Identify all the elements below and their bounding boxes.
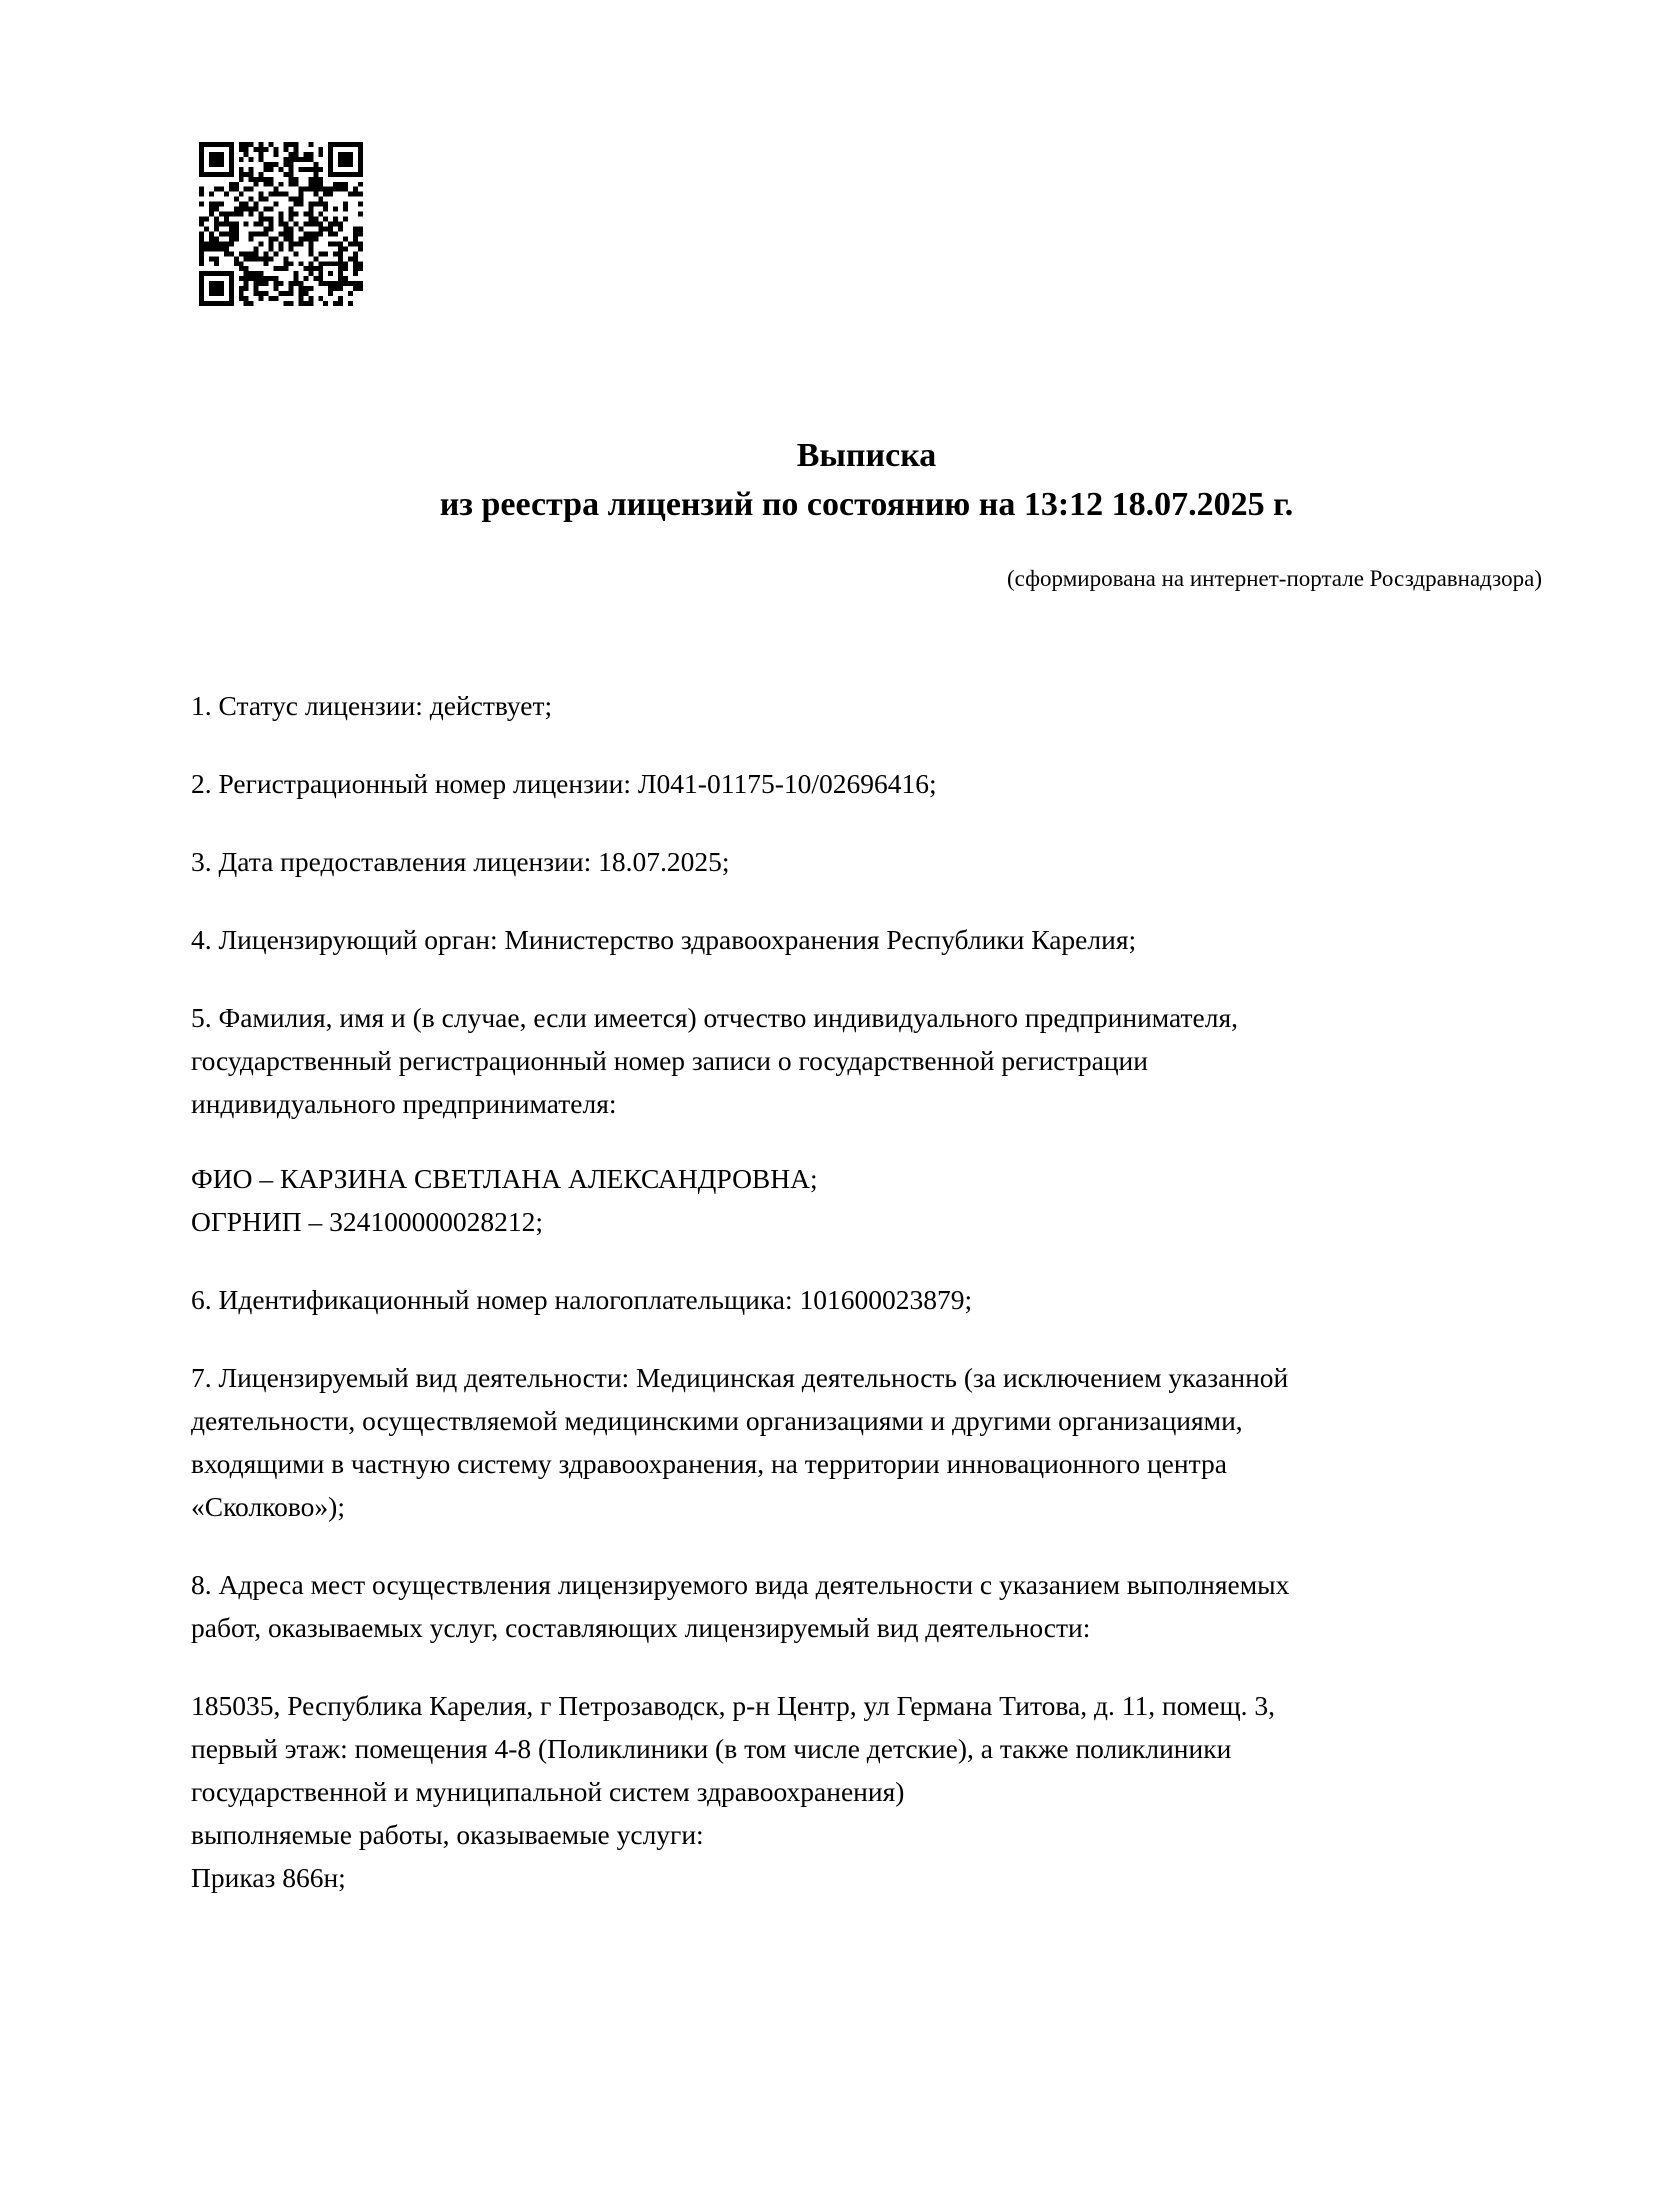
addresses-label-line: работ, оказываемых услуг, составляющих л… <box>191 1606 1521 1649</box>
entrepreneur-label-line: 5. Фамилия, имя и (в случае, если имеетс… <box>191 996 1521 1039</box>
activity-line: деятельности, осуществляемой медицинским… <box>191 1399 1521 1442</box>
entrepreneur-label-line: государственный регистрационный номер за… <box>191 1039 1521 1082</box>
source-note: (сформирована на интернет-портале Росздр… <box>1007 566 1542 592</box>
address-line: 185035, Республика Карелия, г Петрозавод… <box>191 1684 1521 1727</box>
activity-line: 7. Лицензируемый вид деятельности: Медиц… <box>191 1356 1521 1399</box>
entrepreneur-label-line: индивидуального предпринимателя: <box>191 1082 1521 1125</box>
licensing-authority: 4. Лицензирующий орган: Министерство здр… <box>191 918 1521 961</box>
license-reg-number: 2. Регистрационный номер лицензии: Л041-… <box>191 762 1521 805</box>
address-line: государственной и муниципальной систем з… <box>191 1770 1521 1813</box>
license-status: 1. Статус лицензии: действует; <box>191 684 1521 727</box>
taxpayer-id: 6. Идентификационный номер налогоплатель… <box>191 1278 1521 1321</box>
license-date: 3. Дата предоставления лицензии: 18.07.2… <box>191 840 1521 883</box>
activity-line: «Сколково»); <box>191 1485 1521 1528</box>
entrepreneur-ogrnip: ОГРНИП – 324100000028212; <box>191 1200 1521 1243</box>
order-reference: Приказ 866н; <box>191 1856 1521 1899</box>
address-line: первый этаж: помещения 4-8 (Поликлиники … <box>191 1727 1521 1770</box>
addresses-label-line: 8. Адреса мест осуществления лицензируем… <box>191 1563 1521 1606</box>
entrepreneur-fio: ФИО – КАРЗИНА СВЕТЛАНА АЛЕКСАНДРОВНА; <box>191 1157 1521 1200</box>
document-subtitle-heading: из реестра лицензий по состоянию на 13:1… <box>40 483 1653 527</box>
qr-code-icon <box>199 142 363 306</box>
activity-line: входящими в частную систему здравоохране… <box>191 1442 1521 1485</box>
document-title: Выписка <box>40 434 1653 478</box>
services-label: выполняемые работы, оказываемые услуги: <box>191 1813 1521 1856</box>
